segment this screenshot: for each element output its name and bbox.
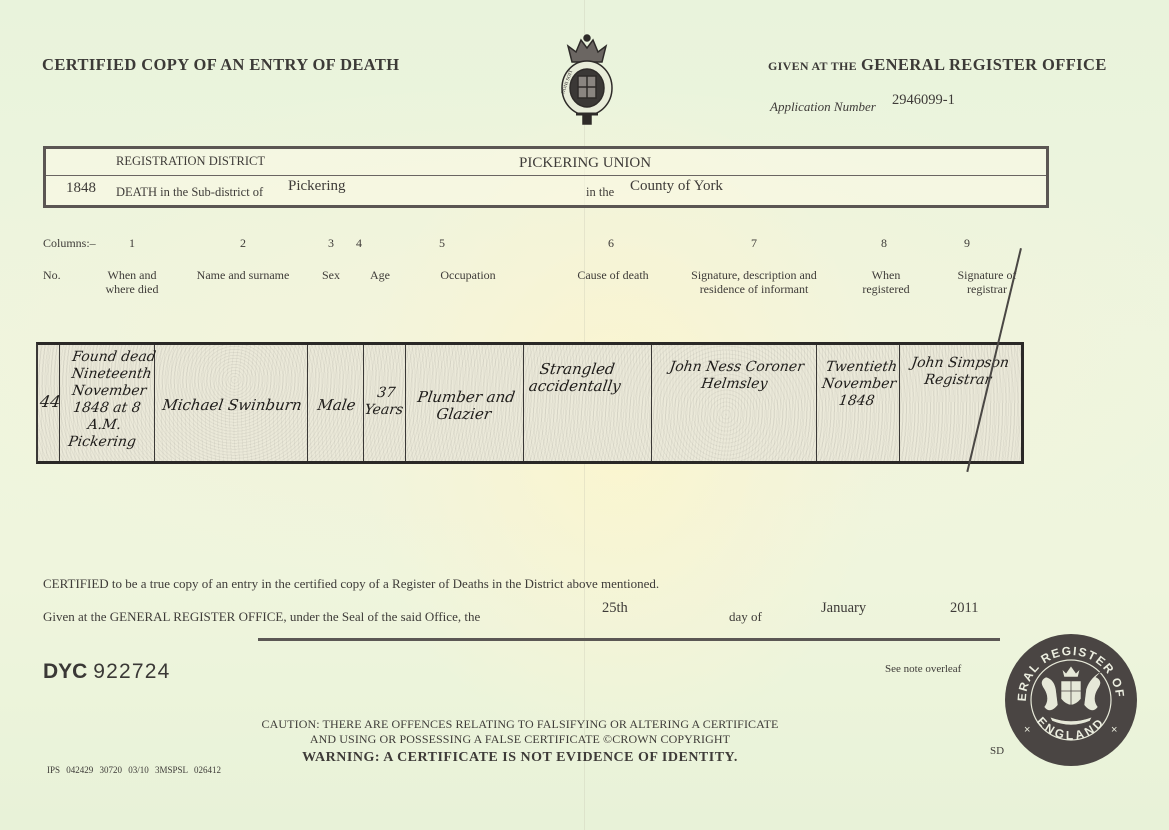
royal-crest-icon: HONI SOIT	[556, 32, 618, 128]
subdistrict-label: DEATH in the Sub-district of	[116, 185, 263, 200]
register-entry: 44 Found dead Nineteenth November 1848 a…	[36, 342, 1024, 464]
application-number: 2946099-1	[892, 92, 955, 109]
entry-age: 37 Years	[363, 385, 408, 419]
certification-rule	[258, 638, 1000, 641]
entry-informant: John Ness Coroner Helmsley	[666, 359, 806, 393]
serial-number: 922724	[93, 660, 170, 683]
see-note-overleaf: See note overleaf	[885, 663, 961, 675]
registration-district-label: REGISTRATION DISTRICT	[116, 154, 265, 169]
caution-notice: CAUTION: THERE ARE OFFENCES RELATING TO …	[250, 717, 790, 747]
column-number-3: 3	[321, 236, 341, 251]
entry-number: 44	[39, 393, 61, 410]
entry-cause-of-death: Strangled accidentally	[524, 361, 629, 395]
column-number-2: 2	[233, 236, 253, 251]
column-number-1: 1	[122, 236, 142, 251]
entry-when-where-died: Found dead Nineteenth November 1848 at 8…	[55, 349, 161, 451]
column-header-registrar: Signature of registrar	[945, 268, 1029, 296]
column-header-when-where: When and where died	[98, 268, 166, 296]
subdistrict: Pickering	[288, 178, 346, 195]
day-of-label: day of	[729, 609, 762, 625]
entry-sex: Male	[308, 397, 365, 414]
column-header-informant: Signature, description and residence of …	[680, 268, 828, 296]
column-header-age: Age	[365, 268, 395, 282]
office-heading: GIVEN AT THE GENERAL REGISTER OFFICE	[768, 55, 1107, 75]
column-number-4: 4	[349, 236, 369, 251]
column-number-7: 7	[744, 236, 764, 251]
gro-seal-icon: GENERAL REGISTER OFFICE ENGLAND × ×	[1004, 633, 1138, 767]
year: 1848	[66, 180, 96, 197]
district-divider	[46, 175, 1046, 176]
office-name: GENERAL REGISTER OFFICE	[861, 55, 1107, 74]
entry-name: Michael Swinburn	[155, 397, 309, 414]
certificate-title: CERTIFIED COPY OF AN ENTRY OF DEATH	[42, 55, 400, 75]
issue-year: 2011	[950, 600, 978, 617]
columns-label: Columns:–	[43, 236, 96, 251]
initials: SD	[990, 745, 1004, 757]
entry-registrar: John Simpson Registrar	[902, 355, 1017, 389]
column-number-8: 8	[874, 236, 894, 251]
given-statement: Given at the GENERAL REGISTER OFFICE, un…	[43, 609, 480, 625]
serial-prefix: DYC	[43, 660, 87, 683]
application-number-label: Application Number	[770, 99, 876, 115]
column-header-name: Name and surname	[190, 268, 296, 282]
county: County of York	[630, 178, 723, 195]
column-header-no: No.	[43, 268, 61, 282]
certified-statement: CERTIFIED to be a true copy of an entry …	[43, 576, 659, 592]
column-number-6: 6	[601, 236, 621, 251]
column-header-when-registered: When registered	[855, 268, 917, 296]
column-header-occupation: Occupation	[428, 268, 508, 282]
entry-when-registered: Twentieth November 1848	[814, 359, 903, 410]
caution-line-2: AND USING OR POSSESSING A FALSE CERTIFIC…	[250, 732, 790, 747]
column-number-9: 9	[957, 236, 977, 251]
svg-text:×: ×	[1111, 724, 1117, 736]
column-header-cause: Cause of death	[568, 268, 658, 282]
print-code: IPS 042429 30720 03/10 3MSPSL 026412	[47, 765, 221, 775]
column-number-5: 5	[432, 236, 452, 251]
entry-occupation: Plumber and Glazier	[405, 389, 526, 423]
issue-day: 25th	[602, 600, 628, 617]
svg-text:×: ×	[1024, 724, 1030, 736]
registration-district: PICKERING UNION	[519, 155, 651, 172]
column-header-sex: Sex	[316, 268, 346, 282]
identity-warning: WARNING: A CERTIFICATE IS NOT EVIDENCE O…	[250, 750, 790, 766]
caution-line-1: CAUTION: THERE ARE OFFENCES RELATING TO …	[250, 717, 790, 732]
issue-month: January	[821, 600, 866, 617]
district-box: REGISTRATION DISTRICT PICKERING UNION 18…	[43, 146, 1049, 208]
office-prefix: GIVEN AT THE	[768, 59, 857, 73]
in-the-label: in the	[586, 185, 614, 200]
certificate-serial: DYC 922724	[43, 660, 170, 684]
